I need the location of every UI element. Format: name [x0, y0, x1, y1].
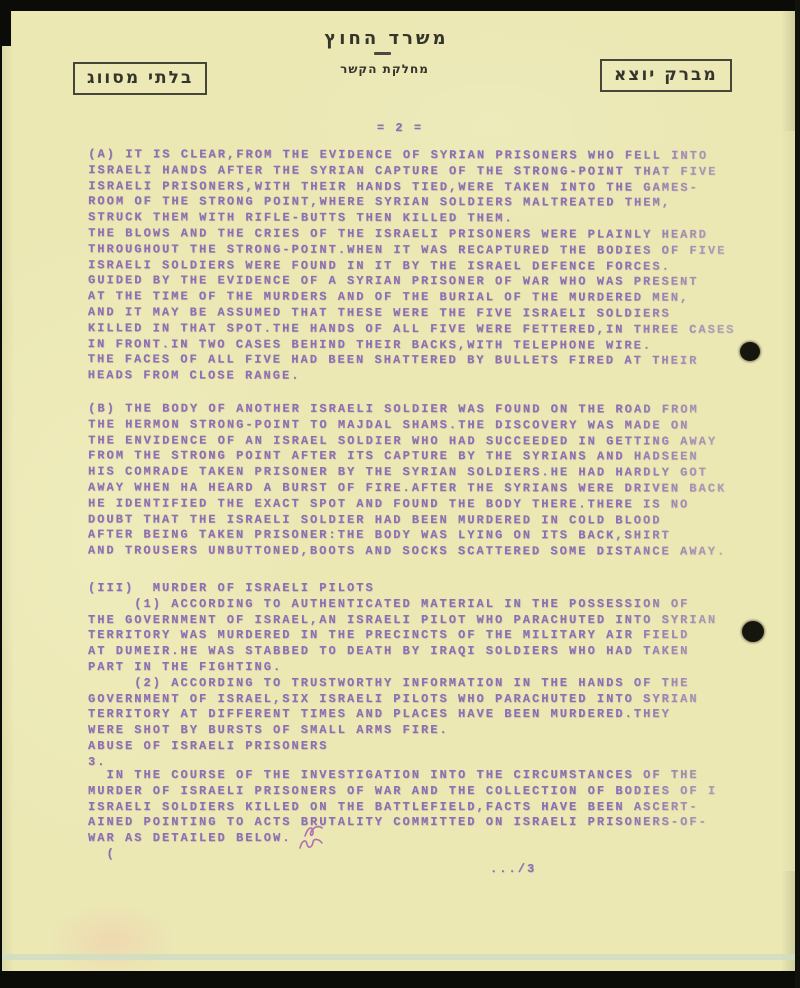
typed-line: STRUCK THEM WITH RIFLE-BUTTS THEN KILLED…	[88, 210, 736, 227]
title-underline	[374, 52, 391, 55]
paper-sheet: משרד החוץ מחלקת הקשר בלתי מסווג מברק יוצ…	[2, 11, 795, 971]
scan-edge-right	[795, 0, 800, 988]
scan-edge-top-left	[0, 0, 11, 46]
page-number: = 2 =	[340, 121, 460, 135]
ministry-title: משרד החוץ	[2, 28, 771, 49]
typed-line: FROM THE STRONG POINT AFTER ITS CAPTURE …	[88, 449, 726, 466]
typed-line: (1) ACCORDING TO AUTHENTICATED MATERIAL …	[88, 597, 717, 613]
typed-line: THE ENVIDENCE OF AN ISRAEL SOLDIER WHO H…	[88, 433, 726, 450]
section-iii-murder-of-israeli-pilots: (III) MURDER OF ISRAELI PILOTS (1) ACCOR…	[88, 581, 717, 771]
typed-line: GUIDED BY THE EVIDENCE OF A SYRIAN PRISO…	[88, 274, 736, 291]
typed-line: TERRITORY AT DIFFERENT TIMES AND PLACES …	[88, 707, 717, 723]
stamp-outgoing-telegram: מברק יוצא	[600, 59, 732, 92]
typed-line: ROOM OF THE STRONG POINT,WHERE SYRIAN SO…	[88, 195, 736, 212]
typed-line: HIS COMRADE TAKEN PRISONER BY THE SYRIAN…	[88, 465, 726, 482]
typed-line: (2) ACCORDING TO TRUSTWORTHY INFORMATION…	[88, 676, 717, 692]
paragraph-b: (B) THE BODY OF ANOTHER ISRAELI SOLDIER …	[88, 401, 727, 560]
typed-line: DOUBT THAT THE ISRAELI SOLDIER HAD BEEN …	[88, 512, 726, 529]
typed-line: AND IT MAY BE ASSUMED THAT THESE WERE TH…	[88, 305, 736, 322]
hole-punch-icon	[742, 621, 764, 642]
typed-line: HEADS FROM CLOSE RANGE.	[88, 368, 736, 385]
typed-line: (A) IT IS CLEAR,FROM THE EVIDENCE OF SYR…	[88, 147, 736, 164]
scan-bottom-tint	[2, 954, 795, 960]
typed-line: THE GOVERNMENT OF ISRAEL,AN ISRAELI PILO…	[88, 613, 717, 629]
typed-line: WERE SHOT BY BURSTS OF SMALL ARMS FIRE.	[88, 723, 717, 739]
typed-line: THROUGHOUT THE STRONG-POINT.WHEN IT WAS …	[88, 242, 736, 259]
typed-line: IN THE COURSE OF THE INVESTIGATION INTO …	[88, 768, 717, 784]
paragraph-3-abuse-investigation: IN THE COURSE OF THE INVESTIGATION INTO …	[88, 768, 717, 863]
typed-line: AINED POINTING TO ACTS BRUTALITY COMMITT…	[88, 815, 717, 831]
typed-line: THE FACES OF ALL FIVE HAD BEEN SHATTERED…	[88, 353, 736, 370]
typed-line: PART IN THE FIGHTING.	[88, 660, 717, 676]
typed-line: HE IDENTIFIED THE EXACT SPOT AND FOUND T…	[88, 496, 726, 513]
typed-line: MURDER OF ISRAELI PRISONERS OF WAR AND T…	[88, 784, 717, 800]
hole-punch-icon	[740, 342, 760, 361]
typed-line: THE HERMON STRONG-POINT TO MAJDAL SHAMS.…	[88, 417, 726, 434]
typed-line: (III) MURDER OF ISRAELI PILOTS	[88, 581, 717, 597]
scanned-telegram-page: משרד החוץ מחלקת הקשר בלתי מסווג מברק יוצ…	[0, 0, 800, 988]
typed-line: AND TROUSERS UNBUTTONED,BOOTS AND SOCKS …	[88, 544, 726, 561]
typed-line: AWAY WHEN HA HEARD A BURST OF FIRE.AFTER…	[88, 480, 726, 497]
typed-line: AFTER BEING TAKEN PRISONER:THE BODY WAS …	[88, 528, 726, 545]
paragraph-a: (A) IT IS CLEAR,FROM THE EVIDENCE OF SYR…	[88, 147, 736, 386]
typed-line: (	[88, 847, 717, 863]
typed-line: AT THE TIME OF THE MURDERS AND OF THE BU…	[88, 289, 736, 306]
typed-line: KILLED IN THAT SPOT.THE HANDS OF ALL FIV…	[88, 321, 736, 338]
typed-line: AT DUMEIR.HE WAS STABBED TO DEATH BY IRA…	[88, 644, 717, 660]
typed-line: (B) THE BODY OF ANOTHER ISRAELI SOLDIER …	[88, 401, 726, 418]
typed-line: GOVERNMENT OF ISRAEL,SIX ISRAELI PILOTS …	[88, 692, 717, 708]
typed-line: THE BLOWS AND THE CRIES OF THE ISRAELI P…	[88, 226, 736, 243]
typed-line: ISRAELI HANDS AFTER THE SYRIAN CAPTURE O…	[88, 163, 736, 180]
stamp-unclassified: בלתי מסווג	[73, 62, 207, 95]
typed-line: ABUSE OF ISRAELI PRISONERS	[88, 739, 717, 755]
typed-line: WAR AS DETAILED BELOW.	[88, 831, 717, 847]
continuation-mark: .../3	[490, 862, 536, 876]
typed-line: ISRAELI SOLDIERS KILLED ON THE BATTLEFIE…	[88, 800, 717, 816]
typed-line: TERRITORY WAS MURDERED IN THE PRECINCTS …	[88, 628, 717, 644]
